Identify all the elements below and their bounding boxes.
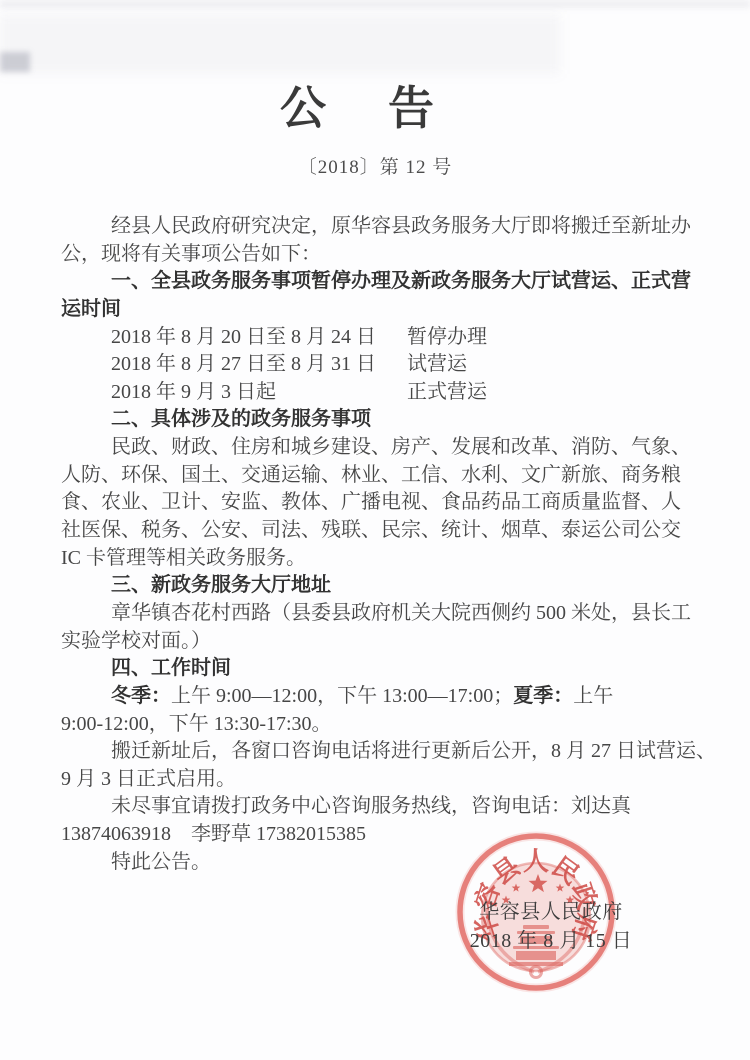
- body-line-segment: 2018 年 9 月 3 日起: [111, 381, 276, 403]
- body-line: 人防、环保、国土、交通运输、林业、工信、水利、文广新旅、商务粮: [61, 462, 693, 490]
- scan-artifact: [0, 14, 560, 74]
- scan-artifact: [0, 52, 30, 72]
- body-line-segment: 章华镇杏花村西路（县委县政府机关大院西侧约 500 米处，县长工: [111, 602, 691, 624]
- body-line-segment: 9:00-12:00，下午 13:30-17:30。: [61, 713, 332, 735]
- body-line: 运时间: [61, 296, 693, 324]
- page-title: 公 告: [0, 72, 736, 138]
- body-line-segment: 运时间: [61, 298, 121, 320]
- body-line-segment: 人防、环保、国土、交通运输、林业、工信、水利、文广新旅、商务粮: [61, 464, 681, 486]
- signature-date: 2018 年 8 月 15 日: [455, 927, 647, 956]
- body-line: 二、具体涉及的政务服务事项: [61, 406, 693, 434]
- body-line-segment: 一、全县政务服务事项暂停办理及新政务服务大厅试营运、正式营: [111, 270, 691, 292]
- body-line-segment: 夏季：: [513, 685, 573, 707]
- body-line-col2: 试营运: [407, 351, 467, 379]
- body-line-segment: 上午: [573, 685, 613, 707]
- body-line-segment: 公，现将有关事项公告如下：: [61, 243, 321, 265]
- signature-block: 华容县人民政府 2018 年 8 月 15 日: [455, 898, 647, 956]
- body-line-segment: 13874063918 李野草 17382015385: [61, 823, 366, 845]
- body-line: 公，现将有关事项公告如下：: [61, 241, 693, 269]
- body-line-col2: 正式营运: [407, 379, 487, 407]
- body-line-segment: 未尽事宜请拨打政务中心咨询服务热线，咨询电话：刘达真: [111, 795, 631, 817]
- body-line: 食、农业、卫计、安监、教体、广播电视、食品药品工商质量监督、人: [61, 489, 693, 517]
- body-line: 实验学校对面。）: [61, 628, 693, 656]
- body-line-col2: 暂停办理: [407, 324, 487, 352]
- document-body: 经县人民政府研究决定，原华容县政务服务大厅即将搬迁至新址办公，现将有关事项公告如…: [61, 213, 693, 876]
- body-line-segment: 实验学校对面。）: [61, 630, 211, 652]
- body-line-segment: IC 卡管理等相关政务服务。: [61, 547, 306, 569]
- body-line: 未尽事宜请拨打政务中心咨询服务热线，咨询电话：刘达真: [61, 793, 693, 821]
- body-line: 2018 年 8 月 20 日至 8 月 24 日暂停办理: [61, 324, 693, 352]
- scan-artifact: [0, 0, 750, 8]
- body-line: 9 月 3 日正式启用。: [61, 766, 693, 794]
- doc-number: 〔2018〕第 12 号: [0, 152, 750, 179]
- body-line-segment: 四、工作时间: [111, 657, 231, 679]
- body-line-segment: 2018 年 8 月 20 日至 8 月 24 日: [111, 326, 376, 348]
- body-line: 经县人民政府研究决定，原华容县政务服务大厅即将搬迁至新址办: [61, 213, 693, 241]
- body-line-segment: 冬季：: [111, 685, 171, 707]
- body-line: 三、新政务服务大厅地址: [61, 572, 693, 600]
- document-page: 公 告 〔2018〕第 12 号 经县人民政府研究决定，原华容县政务服务大厅即将…: [0, 0, 750, 1060]
- body-line: 社医保、税务、公安、司法、残联、民宗、统计、烟草、泰运公司公交: [61, 517, 693, 545]
- body-line: 2018 年 9 月 3 日起正式营运: [61, 379, 693, 407]
- body-line-segment: 社医保、税务、公安、司法、残联、民宗、统计、烟草、泰运公司公交: [61, 519, 681, 541]
- body-line: 搬迁新址后，各窗口咨询电话将进行更新后公开，8 月 27 日试营运、: [61, 738, 693, 766]
- body-line-segment: 经县人民政府研究决定，原华容县政务服务大厅即将搬迁至新址办: [111, 215, 691, 237]
- body-line: 2018 年 8 月 27 日至 8 月 31 日试营运: [61, 351, 693, 379]
- body-line-segment: 搬迁新址后，各窗口咨询电话将进行更新后公开，8 月 27 日试营运、: [111, 740, 716, 762]
- body-line-segment: 食、农业、卫计、安监、教体、广播电视、食品药品工商质量监督、人: [61, 491, 681, 513]
- body-line-segment: 二、具体涉及的政务服务事项: [111, 408, 371, 430]
- body-line: 一、全县政务服务事项暂停办理及新政务服务大厅试营运、正式营: [61, 268, 693, 296]
- signature-org: 华容县人民政府: [455, 898, 647, 927]
- body-line-segment: 9 月 3 日正式启用。: [61, 768, 236, 790]
- body-line-segment: 上午 9:00—12:00，下午 13:00—17:00；: [171, 685, 513, 707]
- body-line: 冬季：上午 9:00—12:00，下午 13:00—17:00；夏季：上午: [61, 683, 693, 711]
- body-line-segment: 特此公告。: [111, 851, 211, 873]
- seal-arc-char: 人: [523, 847, 549, 876]
- body-line: 民政、财政、住房和城乡建设、房产、发展和改革、消防、气象、: [61, 434, 693, 462]
- body-line-segment: 民政、财政、住房和城乡建设、房产、发展和改革、消防、气象、: [111, 436, 691, 458]
- body-line: IC 卡管理等相关政务服务。: [61, 545, 693, 573]
- body-line-segment: 2018 年 8 月 27 日至 8 月 31 日: [111, 353, 376, 375]
- body-line: 章华镇杏花村西路（县委县政府机关大院西侧约 500 米处，县长工: [61, 600, 693, 628]
- body-line: 四、工作时间: [61, 655, 693, 683]
- body-line-segment: 三、新政务服务大厅地址: [111, 574, 331, 596]
- body-line: 9:00-12:00，下午 13:30-17:30。: [61, 711, 693, 739]
